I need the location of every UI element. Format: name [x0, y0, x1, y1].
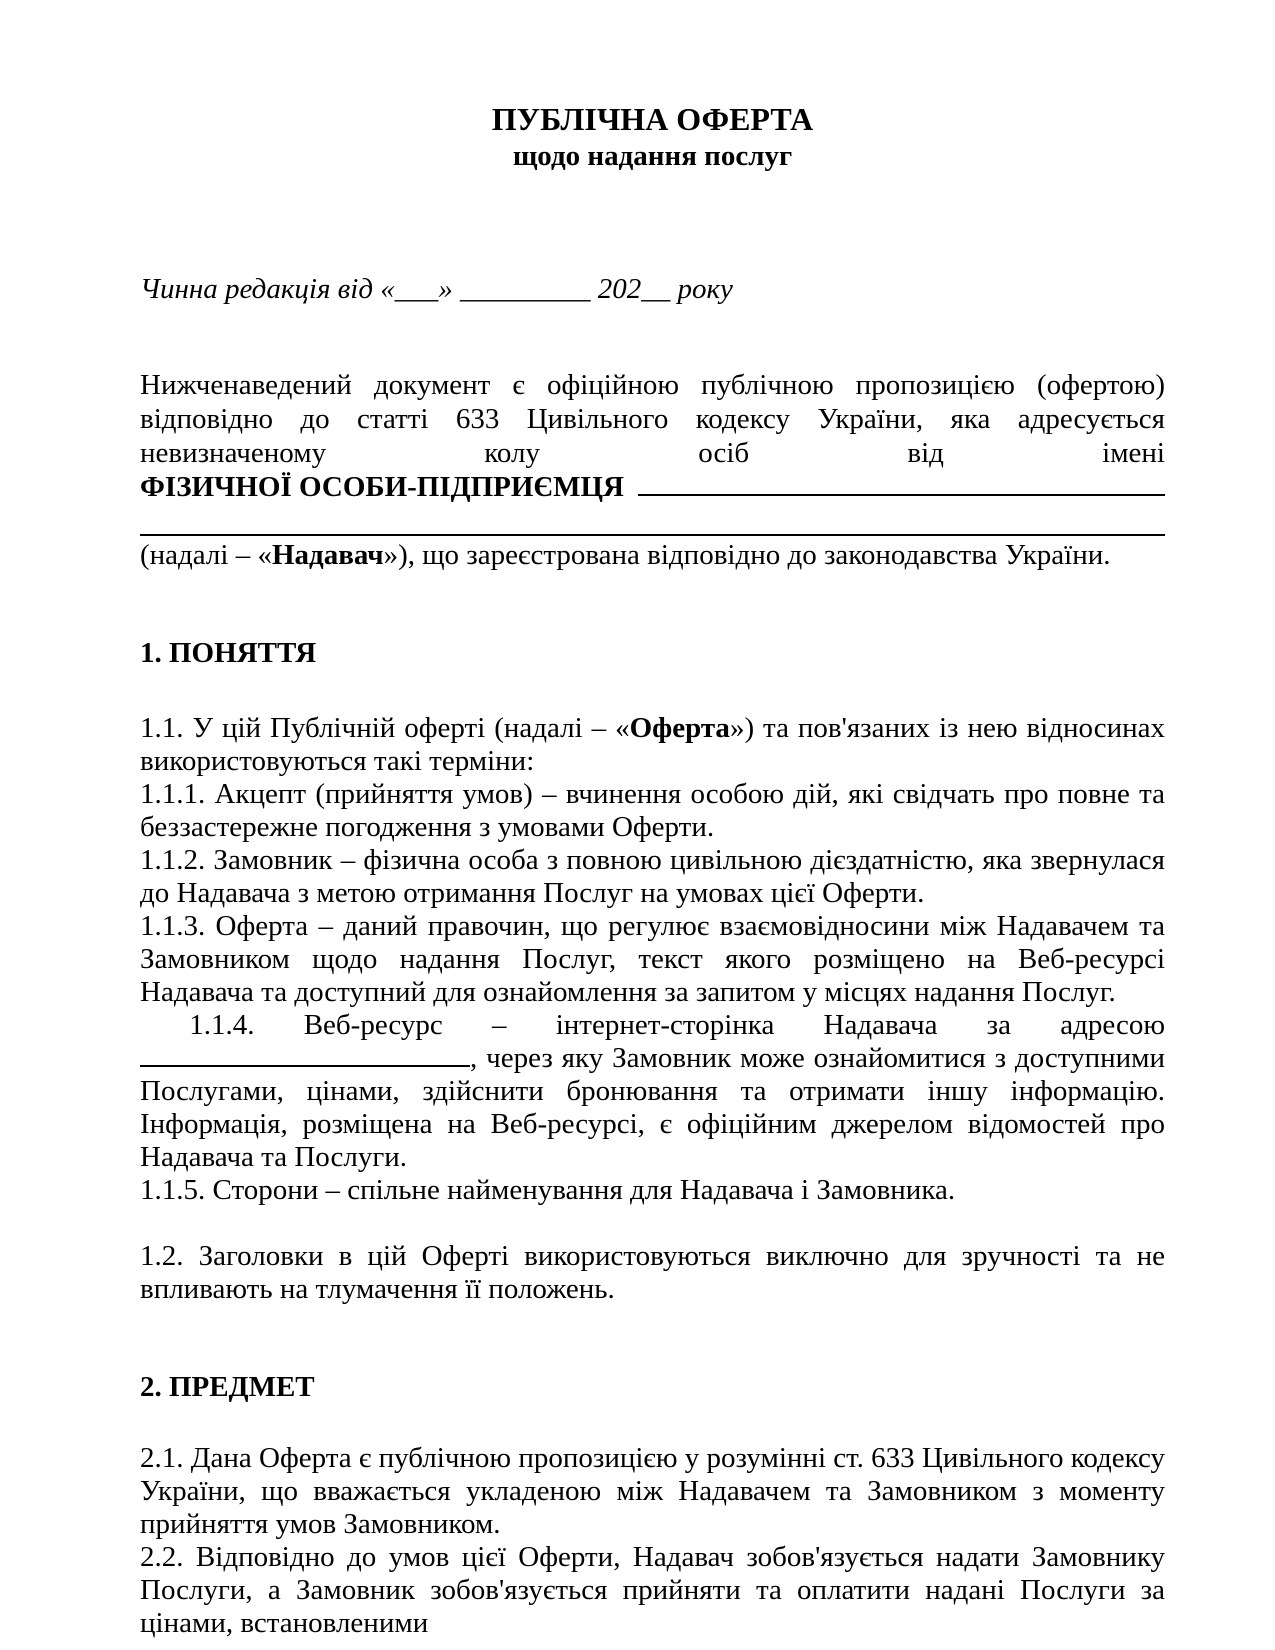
document-subtitle: щодо надання послуг — [140, 138, 1165, 174]
clause-1-1-2: 1.1.2. Замовник – фізична особа з повною… — [140, 844, 1165, 910]
clause-2-2: 2.2. Відповідно до умов цієї Оферти, Над… — [140, 1541, 1165, 1640]
clause-1-1-4-after-blank: , через яку Замовник може ознайомитися з… — [140, 1042, 1165, 1173]
clause-1-1-3: 1.1.3. Оферта – даний правочин, що регул… — [140, 910, 1165, 1009]
clause-1-1-prefix: 1.1. У цій Публічній оферті (надалі – « — [140, 712, 630, 744]
clause-2-1: 2.1. Дана Оферта є публічною пропозицією… — [140, 1442, 1165, 1541]
provider-term: Надавач — [272, 539, 384, 571]
clause-1-1-5: 1.1.5. Сторони – спільне найменування дл… — [140, 1174, 1165, 1207]
revision-date-line: Чинна редакція від «___» _________ 202__… — [140, 272, 1165, 306]
clause-1-1-4-before-blank: 1.1.4. Веб-ресурс – інтернет-сторінка На… — [140, 1009, 1165, 1041]
section-1-heading: 1. ПОНЯТТЯ — [140, 636, 1165, 670]
intro-paragraph: Нижченаведений документ є офіційною публ… — [140, 368, 1165, 470]
section-2-body: 2.1. Дана Оферта є публічною пропозицією… — [140, 1442, 1165, 1640]
intro-tail-paragraph: (надалі – «Надавач»), що зареєстрована в… — [140, 538, 1165, 572]
document-title: ПУБЛІЧНА ОФЕРТА — [140, 0, 1165, 138]
clause-1-1-1: 1.1.1. Акцепт (прийняття умов) – вчиненн… — [140, 778, 1165, 844]
entity-label: ФІЗИЧНОЇ ОСОБИ-ПІДПРИЄМЦЯ — [140, 470, 624, 504]
document-page: ПУБЛІЧНА ОФЕРТА щодо надання послуг Чинн… — [0, 0, 1275, 1650]
clause-1-2: 1.2. Заголовки в цій Оферті використовую… — [140, 1240, 1165, 1306]
section-1-body: 1.1. У цій Публічній оферті (надалі – «О… — [140, 712, 1165, 1306]
entity-name-blank-field — [638, 494, 1165, 496]
intro-tail-prefix: (надалі – « — [140, 539, 272, 571]
entity-line: ФІЗИЧНОЇ ОСОБИ-ПІДПРИЄМЦЯ — [140, 470, 1165, 504]
entity-name-blank-line-2 — [140, 504, 1165, 536]
clause-1-1: 1.1. У цій Публічній оферті (надалі – «О… — [140, 712, 1165, 778]
offer-term: Оферта — [630, 712, 730, 744]
clause-1-1-4: 1.1.4. Веб-ресурс – інтернет-сторінка На… — [140, 1009, 1165, 1174]
section-2-heading: 2. ПРЕДМЕТ — [140, 1370, 1165, 1404]
web-resource-address-blank-field — [140, 1065, 470, 1067]
document-content: ПУБЛІЧНА ОФЕРТА щодо надання послуг Чинн… — [140, 0, 1165, 1640]
intro-tail-suffix: »), що зареєстрована відповідно до закон… — [384, 539, 1111, 571]
